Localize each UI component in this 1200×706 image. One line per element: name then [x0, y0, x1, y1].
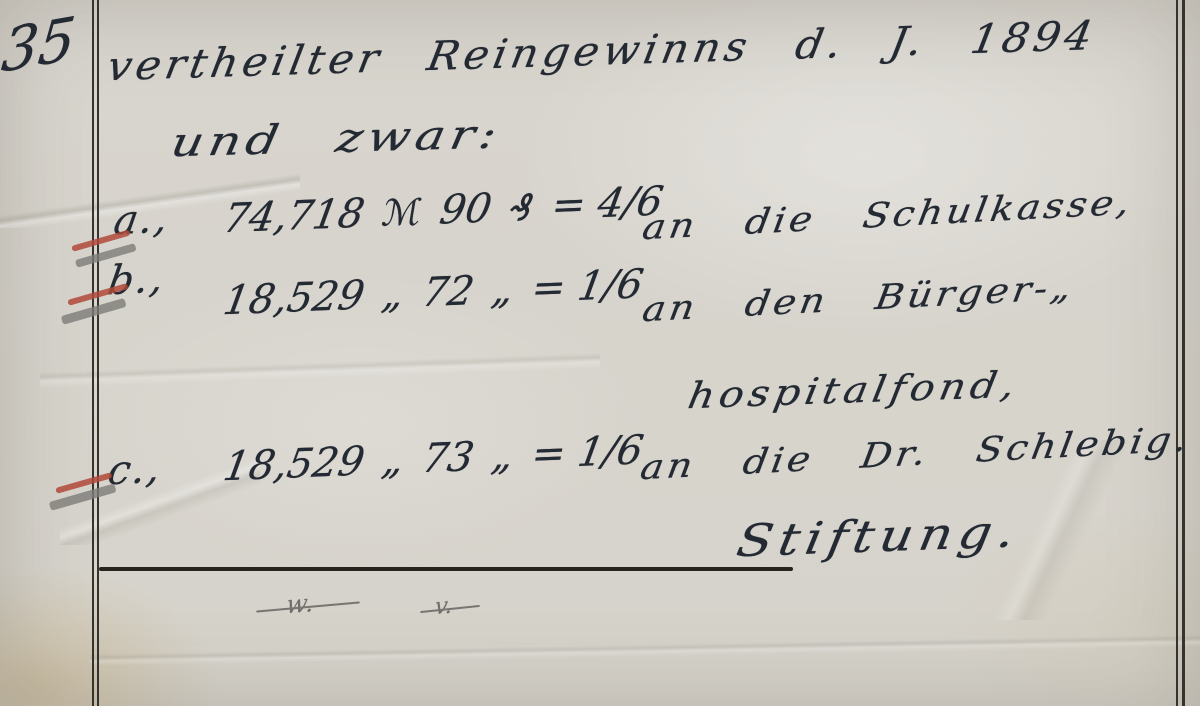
mark-currency-symbol: ℳ	[379, 192, 425, 235]
fraction-share: = 1/6	[528, 427, 646, 478]
entry-a-amounts: 74,718 ℳ 90 ₰ = 4/6	[220, 178, 666, 242]
right-margin-rule	[1176, 0, 1178, 706]
pencil-abbreviation: v.	[434, 592, 454, 620]
entry-b-label: b.,	[105, 255, 169, 304]
entry-number: 35	[0, 3, 79, 86]
paper-crease	[40, 332, 600, 402]
right-margin-rule	[1182, 0, 1185, 706]
ditto-mark: „	[379, 271, 408, 318]
pencil-abbreviation: w.	[285, 588, 316, 619]
amount-value: 18,529	[220, 438, 368, 490]
pfennig-symbol: ₰	[506, 188, 536, 230]
pfennig-value: 72	[419, 268, 478, 316]
entry-c-recipient-continuation: Stiftung.	[733, 506, 1025, 567]
entry-b-recipient-continuation: hospitalfond,	[685, 364, 1023, 417]
closing-total-rule	[99, 567, 793, 571]
ditto-mark: „	[488, 432, 517, 479]
pfennig-value: 90	[436, 185, 495, 233]
heading-line2: und zwar:	[167, 111, 505, 166]
entry-a-recipient: an die Schulkasse,	[640, 182, 1136, 248]
entry-b-recipient: an den Bürger-„	[640, 267, 1078, 330]
entry-c-amounts: 18,529 „ 73 „ = 1/6	[220, 427, 647, 490]
fraction-share: = 1/6	[528, 261, 646, 312]
entry-c-recipient: an die Dr. Schlebig.	[638, 419, 1194, 488]
heading-line1: vertheilter Reingewinns d. J. 1894	[104, 13, 1100, 90]
amount-value: 18,529	[220, 272, 368, 324]
left-margin-rule	[97, 0, 99, 706]
paper-crease	[90, 628, 1200, 668]
ditto-mark: „	[488, 266, 517, 313]
amount-value: 74,718	[220, 190, 368, 242]
handwritten-ledger-page: 35 vertheilter Reingewinns d. J. 1894 un…	[0, 0, 1200, 706]
pfennig-value: 73	[419, 434, 478, 482]
entry-b-amounts: 18,529 „ 72 „ = 1/6	[220, 261, 647, 324]
ditto-mark: „	[379, 437, 408, 484]
left-margin-rule	[92, 0, 94, 706]
